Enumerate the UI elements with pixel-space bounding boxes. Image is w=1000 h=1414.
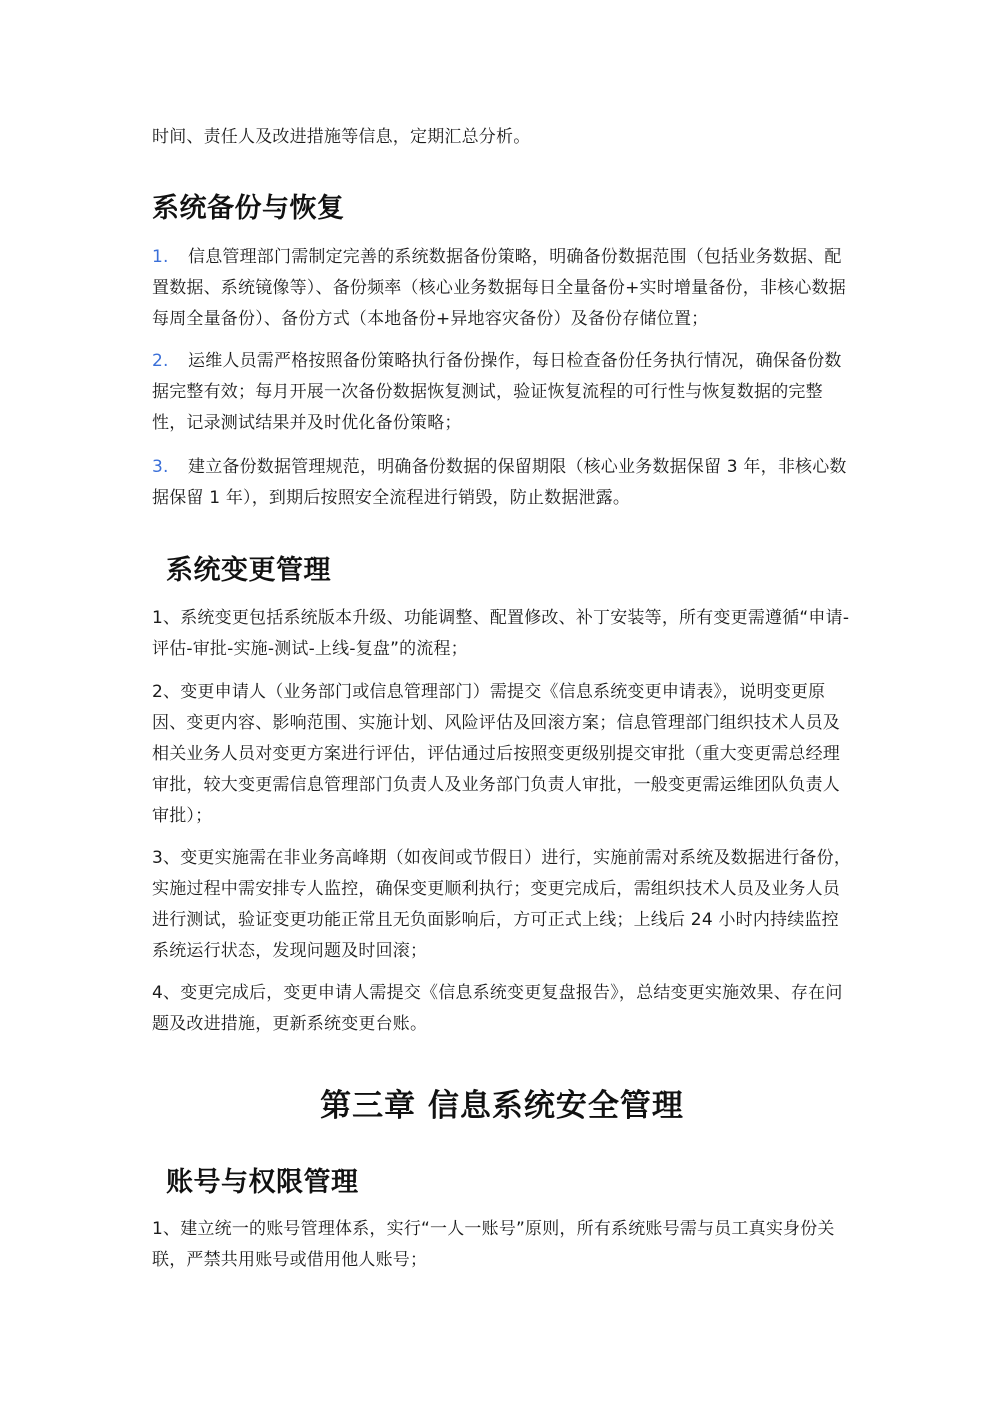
backup-item-2: 2.运维人员需严格按照备份策略执行备份操作，每日检查备份任务执行情况，确保备份数… bbox=[152, 346, 852, 439]
chapter-3-title: 第三章 信息系统安全管理 bbox=[152, 1080, 852, 1125]
list-item-text: 运维人员需严格按照备份策略执行备份操作，每日检查备份任务执行情况，确保备份数据完… bbox=[152, 351, 842, 433]
list-item-text: 信息管理部门需制定完善的系统数据备份策略，明确备份数据范围（包括业务数据、配置数… bbox=[152, 247, 846, 329]
heading-system-change: 系统变更管理 bbox=[166, 548, 331, 587]
heading-account-permission: 账号与权限管理 bbox=[166, 1160, 359, 1199]
paragraph-intro-tail: 时间、责任人及改进措施等信息，定期汇总分析。 bbox=[152, 122, 852, 153]
list-number: 1. bbox=[152, 242, 188, 273]
change-item-1: 1、系统变更包括系统版本升级、功能调整、配置修改、补丁安装等，所有变更需遵循“申… bbox=[152, 603, 852, 665]
change-item-4: 4、变更完成后，变更申请人需提交《信息系统变更复盘报告》，总结变更实施效果、存在… bbox=[152, 978, 852, 1040]
list-number: 3. bbox=[152, 452, 188, 483]
backup-item-1: 1.信息管理部门需制定完善的系统数据备份策略，明确备份数据范围（包括业务数据、配… bbox=[152, 242, 852, 335]
change-item-3: 3、变更实施需在非业务高峰期（如夜间或节假日）进行，实施前需对系统及数据进行备份… bbox=[152, 843, 852, 967]
backup-item-3: 3.建立备份数据管理规范，明确备份数据的保留期限（核心业务数据保留 3 年，非核… bbox=[152, 452, 852, 514]
account-item-1: 1、建立统一的账号管理体系，实行“一人一账号”原则，所有系统账号需与员工真实身份… bbox=[152, 1214, 852, 1276]
change-item-2: 2、变更申请人（业务部门或信息管理部门）需提交《信息系统变更申请表》，说明变更原… bbox=[152, 677, 852, 832]
list-number: 2. bbox=[152, 346, 188, 377]
list-item-text: 建立备份数据管理规范，明确备份数据的保留期限（核心业务数据保留 3 年，非核心数… bbox=[152, 457, 847, 508]
heading-system-backup: 系统备份与恢复 bbox=[152, 186, 345, 225]
